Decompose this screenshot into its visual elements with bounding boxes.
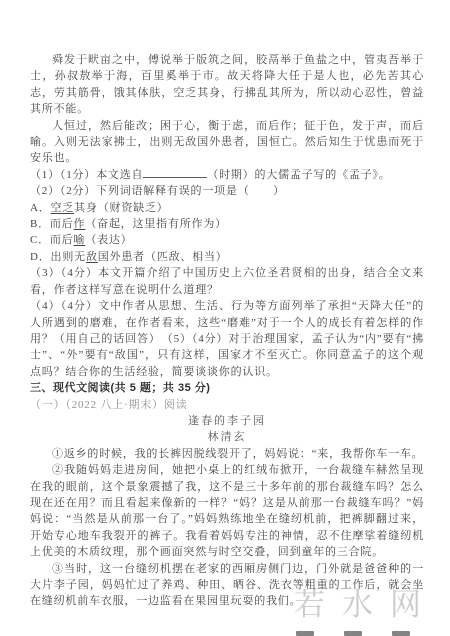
option-d-pre: D．出则无: [30, 251, 86, 263]
option-d-post: 国外患者（匹敌、相当）: [98, 251, 228, 263]
question-1-post: （时期）的大儒孟子写的《孟子》。: [207, 169, 390, 181]
option-b-post: （奋起，这里指有所作为）: [85, 218, 227, 230]
question-4-and-5: （4）（4分）文中作者从思想、生活、行为等方面列举了承担“天降大任”的人所遇到的…: [30, 298, 424, 380]
question-1: （1）（1分）本文选自（时期）的大儒孟子写的《孟子》。: [30, 167, 424, 183]
option-a-underlined: 空乏: [51, 202, 75, 214]
option-d-underlined: 敌: [86, 251, 98, 263]
fill-in-blank: [143, 167, 207, 178]
option-a-pre: A．: [30, 202, 51, 214]
question-2: （2）（2分）下列词语解释有误的一项是（ ）: [30, 183, 424, 199]
option-c: C．而后喻（表达）: [30, 232, 424, 248]
exam-paper-page: 舜发于畎亩之中，傅说举于版筑之间，胶鬲举于鱼盐之中，管夷吾举于士，孙叔敖举于海，…: [0, 0, 450, 636]
option-b: B．而后作（奋起，这里指有所作为）: [30, 216, 424, 232]
essay-title: 逢春的李子园: [30, 413, 424, 429]
watermark-mark: [344, 631, 362, 636]
essay-paragraph-1: ①返乡的时候，我的长裤因脱线裂开了，妈妈说：“来，我帮你车一车。: [30, 446, 424, 462]
watermark-mark: [296, 631, 314, 636]
page-content: 舜发于畎亩之中，傅说举于版筑之间，胶鬲举于鱼盐之中，管夷吾举于士，孙叔敖举于海，…: [30, 52, 424, 610]
section-3-subheading: （一）（2022 八上·期末）阅读: [30, 397, 424, 413]
option-a-post: 其身（财资缺乏）: [74, 202, 168, 214]
option-c-underlined: 喻: [74, 234, 86, 246]
watermark-mark: [392, 631, 410, 636]
option-b-pre: B．而后: [30, 218, 74, 230]
classical-passage-2: 人恒过，然后能改；困于心，衡于虑，而后作；征于色，发于声，而后喻。入则无法家拂士…: [30, 118, 424, 167]
section-3-heading: 三、现代文阅读(共 5 题；共 35 分): [30, 380, 424, 396]
option-a: A．空乏其身（财资缺乏）: [30, 200, 424, 216]
question-1-pre: （1）（1分）本文选自: [30, 169, 143, 181]
essay-paragraph-2: ②我随妈妈走进房间，她把小桌上的红绒布掀开，一台裁缝车赫然呈现在我的眼前，这个景…: [30, 462, 424, 560]
question-3: （3）（4分）本文开篇介绍了中国历史上六位圣君贤相的出身，结合全文来看，作者这样…: [30, 265, 424, 298]
option-c-post: （表达）: [85, 234, 132, 246]
classical-passage-1: 舜发于畎亩之中，傅说举于版筑之间，胶鬲举于鱼盐之中，管夷吾举于士，孙叔敖举于海，…: [30, 52, 424, 118]
option-d: D．出则无敌国外患者（匹敌、相当）: [30, 249, 424, 265]
option-b-underlined: 作: [74, 218, 86, 230]
watermark-subtext-marks: [296, 631, 410, 636]
essay-author: 林清玄: [30, 429, 424, 445]
option-c-pre: C．而后: [30, 234, 74, 246]
site-watermark: 若水网: [294, 579, 438, 624]
